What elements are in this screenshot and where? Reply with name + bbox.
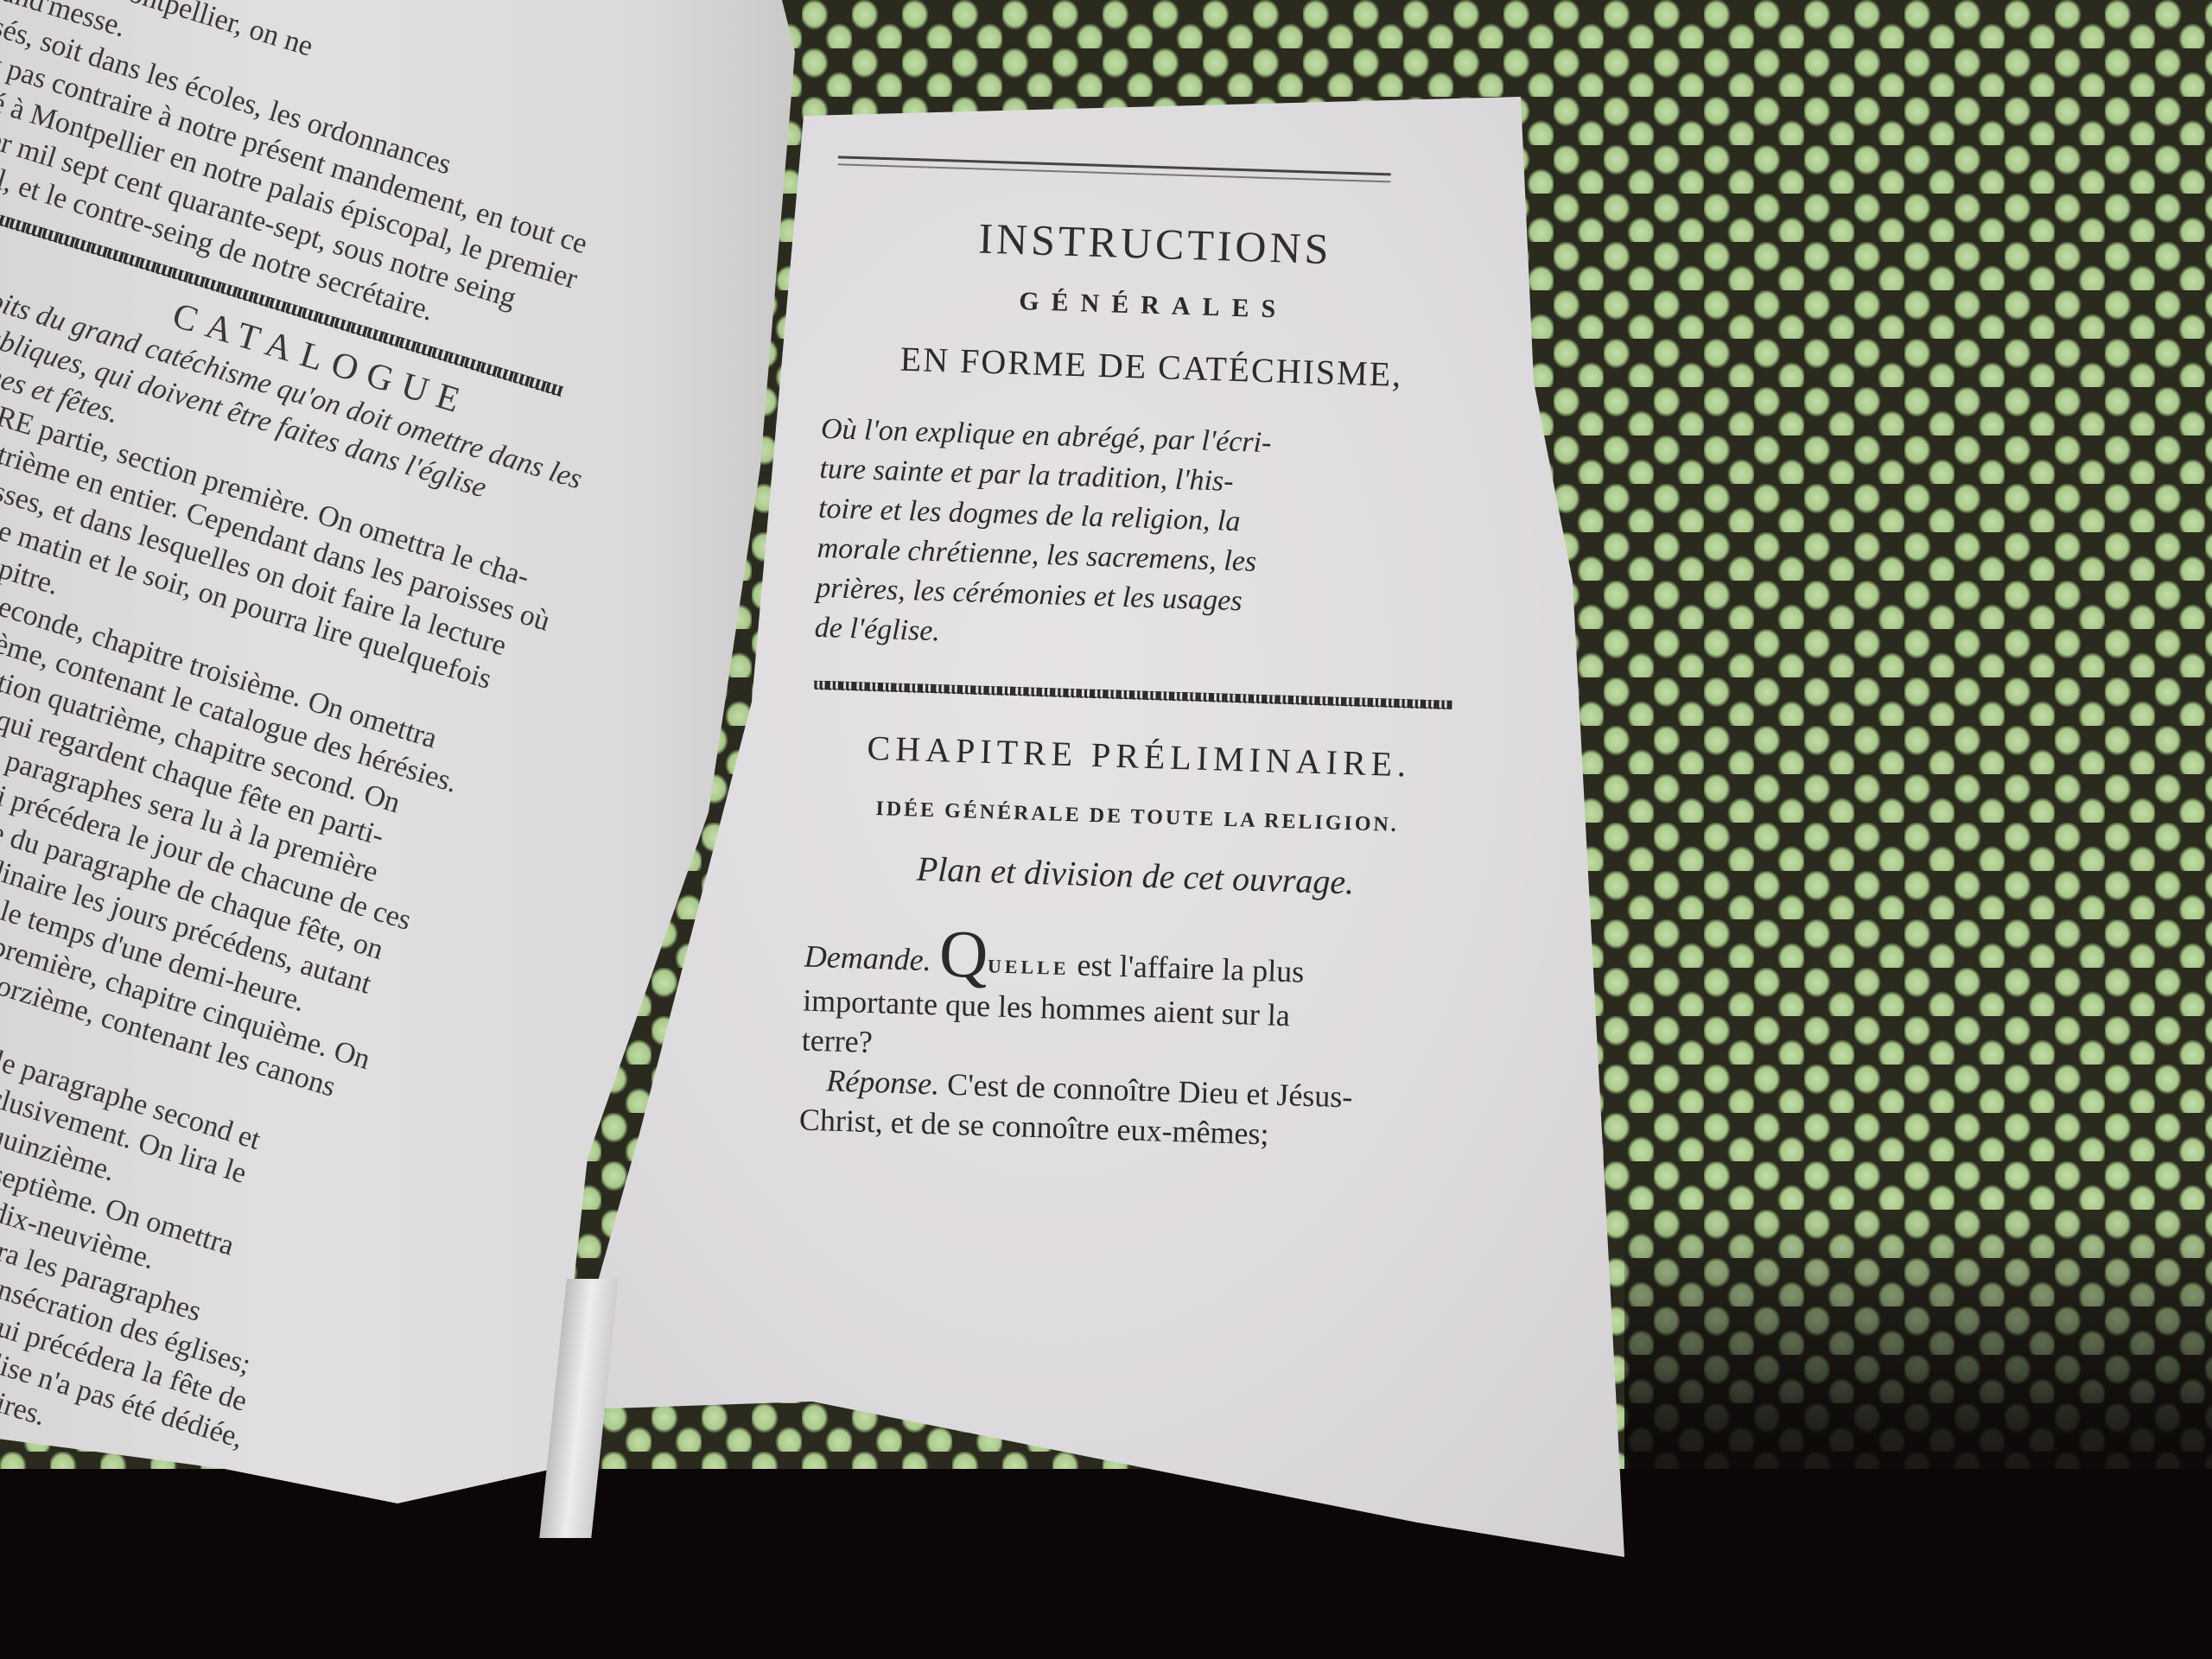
- question-text: est l'affaire la plus: [1077, 947, 1305, 988]
- title-generales: GÉNÉRALES: [824, 281, 1482, 331]
- chapter-title: CHAPITRE PRÉLIMINAIRE.: [810, 726, 1468, 787]
- dark-background: [0, 1469, 2212, 1659]
- right-page-text: INSTRUCTIONS GÉNÉRALES EN FORME DE CATÉC…: [798, 156, 1485, 1160]
- chapter-subtitle: IDÉE GÉNÉRALE DE TOUTE LA RELIGION.: [809, 796, 1465, 840]
- section-title: Plan et division de cet ouvrage.: [806, 845, 1464, 906]
- ornamental-rule: ɯɯɯɯɯɯɯɯɯɯɯɯɯɯɯɯɯɯɯɯɯɯɯɯɯɯɯɯɯɯɯɯɯɯɯɯɯɯɯɯ…: [812, 672, 1452, 715]
- question-smallcaps: UELLE: [988, 955, 1070, 979]
- question-initial: Q: [938, 915, 989, 992]
- question-answer: Demande. QUELLE est l'affaire la plus im…: [798, 932, 1461, 1160]
- question-label: Demande.: [804, 939, 931, 978]
- title-forme-catechisme: EN FORME DE CATÉCHISME,: [823, 336, 1480, 397]
- title-description: Où l'on explique en abrégé, par l'écri- …: [814, 410, 1478, 669]
- answer-label: Réponse.: [826, 1063, 940, 1101]
- title-instructions: INSTRUCTIONS: [826, 208, 1484, 279]
